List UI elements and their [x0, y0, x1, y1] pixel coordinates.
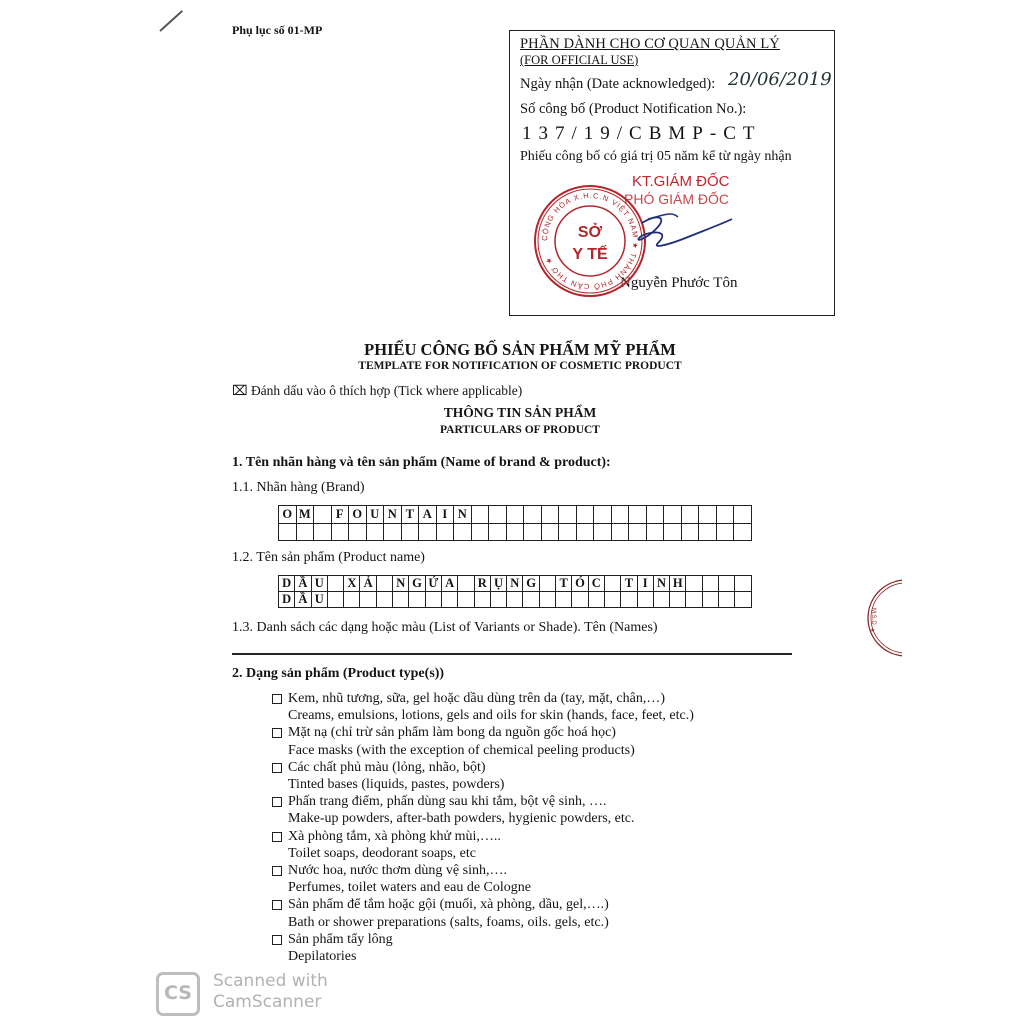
product-type-vi: Các chất phủ màu (lỏng, nhão, bột)	[288, 759, 694, 776]
document-subtitle: TEMPLATE FOR NOTIFICATION OF COSMETIC PR…	[260, 360, 780, 372]
product-grid-cell[interactable]	[458, 592, 474, 608]
watermark-line-2: CamScanner	[213, 992, 328, 1013]
product-grid-cell[interactable]: X	[344, 576, 360, 592]
product-type-en: Make-up powders, after-bath powders, hyg…	[288, 810, 694, 827]
brand-grid-cell[interactable]	[594, 523, 612, 541]
official-box-title: PHẦN DÀNH CHO CƠ QUAN QUẢN LÝ	[520, 36, 780, 53]
brand-grid-cell[interactable]	[646, 523, 664, 541]
variants-line[interactable]	[232, 653, 792, 655]
brand-grid-cell[interactable]	[664, 523, 682, 541]
brand-grid-cell[interactable]: N	[454, 506, 472, 524]
brand-grid-cell[interactable]	[576, 506, 594, 524]
section-1-heading: 1. Tên nhãn hàng và tên sản phẩm (Name o…	[232, 455, 611, 471]
brand-grid-cell[interactable]	[419, 523, 437, 541]
brand-grid-row	[279, 523, 752, 541]
brand-grid-cell[interactable]: F	[331, 506, 349, 524]
product-grid-cell[interactable]	[474, 592, 490, 608]
brand-grid-cell[interactable]	[664, 506, 682, 524]
signature-icon	[628, 209, 738, 259]
brand-grid-cell[interactable]	[331, 523, 349, 541]
brand-grid-cell[interactable]	[611, 506, 629, 524]
product-grid-cell[interactable]	[604, 576, 620, 592]
product-grid-cell[interactable]: H	[670, 576, 686, 592]
svg-text:Y TẾ: Y TẾ	[572, 244, 608, 263]
product-type-vi: Nước hoa, nước thơm dùng vệ sinh,….	[288, 862, 694, 879]
product-grid-cell[interactable]: C	[588, 576, 604, 592]
product-grid-cell[interactable]	[344, 592, 360, 608]
product-grid-cell[interactable]	[458, 576, 474, 592]
product-type-checkbox[interactable]	[272, 935, 282, 945]
brand-grid-cell[interactable]	[681, 506, 699, 524]
product-grid-cell[interactable]	[539, 592, 555, 608]
product-grid-cell[interactable]: Ầ	[295, 592, 311, 608]
product-type-vi: Sản phẩm để tắm hoặc gội (muối, xà phòng…	[288, 896, 694, 913]
product-grid-cell[interactable]	[556, 592, 572, 608]
brand-grid-cell[interactable]	[296, 523, 314, 541]
product-grid-cell[interactable]: U	[311, 592, 327, 608]
product-name-grid[interactable]: DẦUXẢNGỨARỤNGTÓCTINHDẦU	[278, 575, 752, 608]
brand-grid-cell[interactable]	[506, 506, 524, 524]
brand-grid-cell[interactable]	[699, 506, 717, 524]
checked-box-icon: ⌧	[232, 383, 248, 398]
brand-grid-cell[interactable]	[436, 523, 454, 541]
product-grid-cell[interactable]	[735, 576, 751, 592]
brand-grid-cell[interactable]: M	[296, 506, 314, 524]
product-grid-cell[interactable]	[702, 592, 718, 608]
brand-grid-cell[interactable]	[524, 506, 542, 524]
product-grid-cell[interactable]: N	[653, 576, 669, 592]
product-type-en: Creams, emulsions, lotions, gels and oil…	[288, 707, 694, 724]
product-grid-cell[interactable]	[702, 576, 718, 592]
svg-text:★: ★	[870, 627, 875, 634]
product-grid-cell[interactable]	[735, 592, 751, 608]
product-grid-cell[interactable]: D	[279, 576, 295, 592]
product-type-en: Tinted bases (liquids, pastes, powders)	[288, 776, 694, 793]
svg-text:M.S.D: M.S.D	[870, 608, 876, 625]
product-type-vi: Mặt nạ (chỉ trừ sản phẩm làm bong da ngu…	[288, 724, 694, 741]
product-grid-cell[interactable]: Ó	[572, 576, 588, 592]
watermark-line-1: Scanned with	[213, 971, 328, 992]
product-grid-cell[interactable]: A	[441, 576, 457, 592]
brand-grid-cell[interactable]	[454, 523, 472, 541]
product-grid-cell[interactable]: G	[523, 576, 539, 592]
svg-text:SỞ: SỞ	[578, 222, 603, 241]
product-grid-cell[interactable]: Ầ	[295, 576, 311, 592]
product-grid-cell[interactable]	[588, 592, 604, 608]
product-type-checkbox[interactable]	[272, 900, 282, 910]
product-types-list: Kem, nhũ tương, sữa, gel hoặc dầu dùng t…	[272, 690, 694, 965]
brand-grid-cell[interactable]: I	[436, 506, 454, 524]
camscanner-logo-icon: CS	[156, 972, 200, 1016]
brand-grid-cell[interactable]	[314, 523, 332, 541]
product-grid-cell[interactable]: Ứ	[425, 576, 441, 592]
product-type-en: Bath or shower preparations (salts, foam…	[288, 914, 694, 931]
product-grid-cell[interactable]: T	[621, 576, 637, 592]
product-grid-cell[interactable]	[441, 592, 457, 608]
product-grid-cell[interactable]	[507, 592, 523, 608]
official-box-subtitle: (FOR OFFICIAL USE)	[520, 53, 638, 68]
brand-grid-cell[interactable]	[576, 523, 594, 541]
brand-grid-cell[interactable]	[314, 506, 332, 524]
tick-note: ⌧ Đánh dấu vào ô thích hợp (Tick where a…	[232, 383, 522, 399]
brand-grid-cell[interactable]	[366, 523, 384, 541]
section-title: THÔNG TIN SẢN PHẨM	[260, 405, 780, 421]
brand-grid-cell[interactable]	[716, 523, 734, 541]
brand-grid-cell[interactable]	[716, 506, 734, 524]
product-type-en: Toilet soaps, deodorant soaps, etc	[288, 845, 694, 862]
brand-grid-cell[interactable]	[629, 523, 647, 541]
brand-grid-cell[interactable]	[279, 523, 297, 541]
brand-grid-cell[interactable]	[489, 506, 507, 524]
product-grid-cell[interactable]	[360, 592, 376, 608]
brand-grid-cell[interactable]: N	[384, 506, 402, 524]
product-type-vi: Phấn trang điểm, phấn dùng sau khi tắm, …	[288, 793, 694, 810]
brand-grid-cell[interactable]: T	[401, 506, 419, 524]
product-grid-cell[interactable]: R	[474, 576, 490, 592]
product-type-checkbox[interactable]	[272, 866, 282, 876]
brand-grid-cell[interactable]	[559, 506, 577, 524]
brand-grid-cell[interactable]	[646, 506, 664, 524]
product-grid-cell[interactable]: U	[311, 576, 327, 592]
product-grid-cell[interactable]: G	[409, 576, 425, 592]
product-grid-cell[interactable]	[327, 576, 343, 592]
brand-grid-cell[interactable]	[384, 523, 402, 541]
brand-grid-cell[interactable]	[489, 523, 507, 541]
product-name-label: 1.2. Tên sản phẩm (Product name)	[232, 550, 425, 566]
brand-grid-cell[interactable]	[541, 523, 559, 541]
brand-grid-cell[interactable]: U	[366, 506, 384, 524]
brand-grid-cell[interactable]	[629, 506, 647, 524]
product-grid-cell[interactable]	[490, 592, 506, 608]
product-grid-cell[interactable]	[653, 592, 669, 608]
product-grid-cell[interactable]: N	[507, 576, 523, 592]
brand-grid-cell[interactable]	[734, 506, 752, 524]
brand-grid[interactable]: OMFOUNTAIN	[278, 505, 752, 541]
product-type-vi: Sản phẩm tẩy lông	[288, 931, 694, 948]
product-type-en: Perfumes, toilet waters and eau de Colog…	[288, 879, 694, 896]
product-type-checkbox[interactable]	[272, 694, 282, 704]
camscanner-watermark: Scanned with CamScanner	[213, 971, 328, 1013]
product-grid-cell[interactable]	[719, 592, 735, 608]
product-type-vi: Xà phòng tắm, xà phòng khử mùi,…..	[288, 828, 694, 845]
product-grid-cell[interactable]	[670, 592, 686, 608]
brand-grid-cell[interactable]	[594, 506, 612, 524]
product-type-item: Xà phòng tắm, xà phòng khử mùi,…..Toilet…	[272, 828, 694, 862]
date-acknowledged-label: Ngày nhận (Date acknowledged):	[520, 76, 715, 93]
product-grid-cell[interactable]	[376, 592, 392, 608]
brand-grid-cell[interactable]	[681, 523, 699, 541]
brand-grid-cell[interactable]	[471, 523, 489, 541]
product-type-en: Depilatories	[288, 948, 694, 965]
validity-note: Phiếu công bố có giá trị 05 năm kể từ ng…	[520, 149, 792, 165]
product-type-vi: Kem, nhũ tương, sữa, gel hoặc dầu dùng t…	[288, 690, 694, 707]
brand-grid-cell[interactable]	[559, 523, 577, 541]
product-grid-cell[interactable]	[409, 592, 425, 608]
product-grid-cell[interactable]	[523, 592, 539, 608]
section-2-heading: 2. Dạng sản phẩm (Product type(s))	[232, 666, 444, 682]
product-type-item: Sản phẩm để tắm hoặc gội (muối, xà phòng…	[272, 896, 694, 930]
brand-label: 1.1. Nhãn hàng (Brand)	[232, 480, 365, 496]
brand-grid-cell[interactable]	[524, 523, 542, 541]
brand-grid-cell[interactable]	[401, 523, 419, 541]
brand-grid-cell[interactable]	[349, 523, 367, 541]
product-grid-cell[interactable]	[327, 592, 343, 608]
section-subtitle: PARTICULARS OF PRODUCT	[260, 424, 780, 436]
product-grid-cell[interactable]	[604, 592, 620, 608]
product-type-en: Face masks (with the exception of chemic…	[288, 742, 694, 759]
product-grid-cell[interactable]	[637, 592, 653, 608]
product-type-checkbox[interactable]	[272, 728, 282, 738]
product-grid-cell[interactable]	[686, 592, 702, 608]
brand-grid-cell[interactable]	[611, 523, 629, 541]
product-grid-cell[interactable]	[719, 576, 735, 592]
brand-grid-cell[interactable]: O	[279, 506, 297, 524]
product-grid-cell[interactable]	[686, 576, 702, 592]
notification-number-value: 137/19/CBMP-CT	[522, 123, 761, 145]
product-grid-cell[interactable]	[376, 576, 392, 592]
product-type-item: Kem, nhũ tương, sữa, gel hoặc dầu dùng t…	[272, 690, 694, 724]
product-grid-cell[interactable]	[425, 592, 441, 608]
product-type-item: Các chất phủ màu (lỏng, nhão, bột)Tinted…	[272, 759, 694, 793]
product-grid-cell[interactable]: D	[279, 592, 295, 608]
product-grid-cell[interactable]	[539, 576, 555, 592]
product-grid-cell[interactable]: N	[393, 576, 409, 592]
product-grid-row: DẦUXẢNGỨARỤNGTÓCTINH	[279, 576, 752, 592]
notification-number-label: Số công bố (Product Notification No.):	[520, 101, 746, 118]
product-grid-cell[interactable]: T	[556, 576, 572, 592]
product-type-item: Mặt nạ (chỉ trừ sản phẩm làm bong da ngu…	[272, 724, 694, 758]
variants-label: 1.3. Danh sách các dạng hoặc màu (List o…	[232, 620, 658, 636]
brand-grid-cell[interactable]	[506, 523, 524, 541]
product-grid-cell[interactable]: Ả	[360, 576, 376, 592]
product-grid-cell[interactable]	[621, 592, 637, 608]
pen-mark	[159, 10, 183, 32]
product-grid-row: DẦU	[279, 592, 752, 608]
tick-note-text: Đánh dấu vào ô thích hợp (Tick where app…	[251, 383, 522, 398]
product-type-item: Sản phẩm tẩy lôngDepilatories	[272, 931, 694, 965]
product-type-checkbox[interactable]	[272, 763, 282, 773]
product-type-checkbox[interactable]	[272, 832, 282, 842]
product-grid-cell[interactable]: Ụ	[490, 576, 506, 592]
document-title: PHIẾU CÔNG BỐ SẢN PHẨM MỸ PHẨM	[260, 340, 780, 360]
brand-grid-cell[interactable]: O	[349, 506, 367, 524]
date-acknowledged-value: 20/06/2019	[728, 69, 832, 90]
official-use-box: PHẦN DÀNH CHO CƠ QUAN QUẢN LÝ (FOR OFFIC…	[509, 30, 835, 316]
partial-stamp-icon: M.S.D ★	[862, 578, 902, 658]
product-type-checkbox[interactable]	[272, 797, 282, 807]
product-grid-cell[interactable]	[572, 592, 588, 608]
brand-grid-cell[interactable]	[734, 523, 752, 541]
product-type-item: Nước hoa, nước thơm dùng vệ sinh,….Perfu…	[272, 862, 694, 896]
brand-grid-row: OMFOUNTAIN	[279, 506, 752, 524]
product-grid-cell[interactable]: I	[637, 576, 653, 592]
product-grid-cell[interactable]	[393, 592, 409, 608]
brand-grid-cell[interactable]	[471, 506, 489, 524]
brand-grid-cell[interactable]	[541, 506, 559, 524]
brand-grid-cell[interactable]: A	[419, 506, 437, 524]
product-type-item: Phấn trang điểm, phấn dùng sau khi tắm, …	[272, 793, 694, 827]
brand-grid-cell[interactable]	[699, 523, 717, 541]
appendix-label: Phụ lục số 01-MP	[232, 23, 322, 38]
